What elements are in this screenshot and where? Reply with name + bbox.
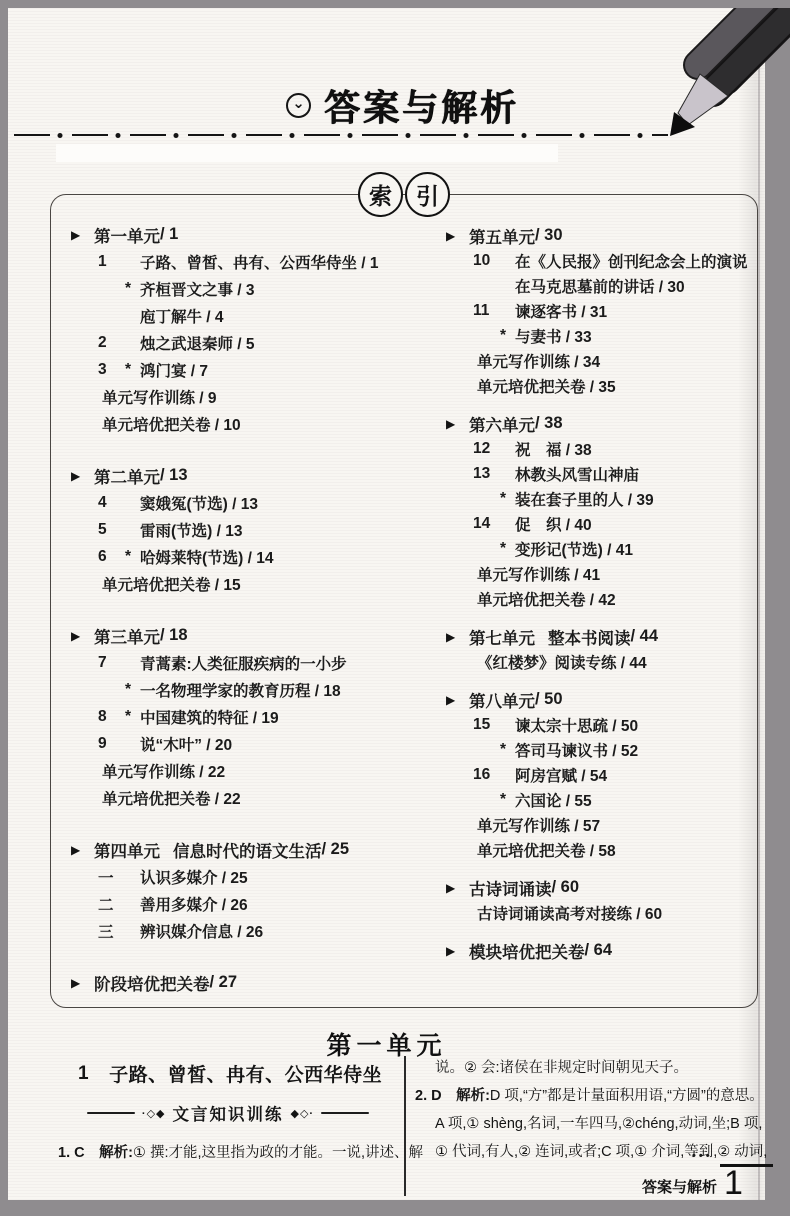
toc-section-header: ▶第二单元 / 13	[71, 462, 401, 489]
star-mark: *	[500, 540, 515, 558]
lesson-number: 10	[473, 252, 500, 270]
triangle-marker-icon: ▶	[71, 843, 94, 857]
triangle-marker-icon: ▶	[446, 417, 469, 431]
entry-title: 林教头风雪山神庙	[515, 463, 639, 485]
toc-section-page: / 44	[631, 627, 659, 646]
entry-title: 子路、曾皙、冉有、公西华侍坐 / 1	[140, 251, 379, 273]
toc-section-title: 第六单元	[469, 412, 535, 436]
toc-section-title: 模块培优把关卷	[469, 939, 585, 963]
page-title: 答案与解析	[324, 80, 519, 131]
entry-title: 一名物理学家的教育历程 / 18	[140, 679, 341, 701]
toc-entry: 三辨识媒介信息 / 26	[71, 917, 401, 944]
photo-background: { "page": { "title": "答案与解析", "title_ico…	[0, 0, 790, 1216]
banner-text: 文言知识训练	[173, 1101, 284, 1125]
entry-title: 变形记(节选) / 41	[515, 538, 633, 560]
toc-entry: *与妻书 / 33	[446, 323, 752, 348]
toc-section-page: / 1	[160, 225, 178, 244]
star-mark: *	[125, 708, 140, 726]
toc-section-page: / 64	[585, 941, 613, 960]
entry-title: 单元写作训练 / 9	[102, 386, 217, 408]
toc-entry: 单元培优把关卷 / 42	[446, 586, 752, 611]
entry-title: 单元培优把关卷 / 22	[102, 787, 241, 809]
toc-section: ▶模块培优把关卷 / 64	[446, 938, 752, 963]
toc-section-title: 第四单元	[94, 838, 160, 862]
column-divider	[404, 1056, 406, 1196]
star-mark: *	[125, 280, 140, 298]
toc-entry: 单元写作训练 / 9	[71, 383, 401, 410]
toc-section-title: 第二单元	[94, 464, 160, 488]
toc-section: ▶第一单元 / 11子路、曾皙、冉有、公西华侍坐 / 1*齐桓晋文之事 / 3庖…	[71, 221, 401, 437]
entry-title: 单元写作训练 / 57	[477, 814, 600, 836]
toc-section: ▶第二单元 / 134窦娥冤(节选) / 135雷雨(节选) / 136*哈姆莱…	[71, 462, 401, 597]
toc-entry: *一名物理学家的教育历程 / 18	[71, 676, 401, 703]
entry-title: 辨识媒介信息 / 26	[140, 920, 263, 942]
entry-title: 祝 福 / 38	[515, 438, 592, 460]
toc-entry: *齐桓晋文之事 / 3	[71, 275, 401, 302]
toc-entry: 单元写作训练 / 57	[446, 812, 752, 837]
pencil-icon	[628, 8, 790, 148]
entry-title: 在《人民报》创刊纪念会上的演说	[515, 250, 748, 272]
entry-title: 庖丁解牛 / 4	[140, 305, 224, 327]
toc-entry: 13林教头风雪山神庙	[446, 461, 752, 486]
answer-line: 1. C 解析:① 撰:才能,这里指为政的才能。一说,讲述、解	[58, 1139, 398, 1167]
toc-entry: 一认识多媒介 / 25	[71, 863, 401, 890]
lesson-title: 子路、曾皙、冉有、公西华侍坐	[109, 1060, 382, 1087]
toc-section-subtitle: 信息时代的语文生活	[173, 838, 322, 862]
toc-section-page: / 38	[535, 414, 563, 433]
chevron-down-circle-icon: ⌄	[286, 93, 311, 118]
toc-section-page: / 18	[160, 626, 188, 645]
toc-entry: 9说“木叶” / 20	[71, 730, 401, 757]
toc-entry: *变形记(节选) / 41	[446, 536, 752, 561]
entry-title: 促 织 / 40	[515, 513, 592, 535]
triangle-marker-icon: ▶	[446, 881, 469, 895]
lesson-heading: 1 子路、曾皙、冉有、公西华侍坐	[58, 1060, 398, 1087]
toc-section-page: / 25	[322, 840, 350, 859]
toc-entry: *装在套子里的人 / 39	[446, 486, 752, 511]
lesson-number: 5	[98, 521, 125, 539]
toc-section: ▶第三单元 / 187青蒿素:人类征服疾病的一小步*一名物理学家的教育历程 / …	[71, 622, 401, 811]
answer-line: 2. D 解析:D 项,“方”都是计量面积用语,“方圆”的意思。	[415, 1082, 763, 1110]
toc-section-header: ▶模块培优把关卷 / 64	[446, 938, 752, 963]
toc-section: ▶第八单元 / 5015谏太宗十思疏 / 50*答司马谏议书 / 5216阿房宫…	[446, 687, 752, 862]
toc-entry: 单元培优把关卷 / 35	[446, 373, 752, 398]
lesson-number: 12	[473, 440, 500, 458]
banner-ornament: ◆◇·	[291, 1107, 315, 1120]
toc-section: ▶阶段培优把关卷 / 27	[71, 969, 401, 996]
toc-entry: 11谏逐客书 / 31	[446, 298, 752, 323]
entry-title: 谏太宗十思疏 / 50	[515, 714, 638, 736]
toc-section: ▶第七单元整本书阅读 / 44《红楼梦》阅读专练 / 44	[446, 624, 752, 674]
footer-page-number: 1	[724, 1166, 743, 1200]
answer-line: A 项,① shèng,名词,一车四马,②chéng,动词,坐;B 项,	[415, 1110, 763, 1138]
answer-text-left: 1. C 解析:① 撰:才能,这里指为政的才能。一说,讲述、解	[58, 1139, 398, 1167]
knowledge-banner: ·◇◆ 文言知识训练 ◆◇·	[58, 1101, 398, 1125]
toc-section-header: ▶第五单元 / 30	[446, 223, 752, 248]
toc-entry: 16阿房宫赋 / 54	[446, 762, 752, 787]
toc-entry: 10在《人民报》创刊纪念会上的演说	[446, 248, 752, 273]
toc-section-page: / 60	[552, 878, 580, 897]
toc-section-header: ▶第八单元 / 50	[446, 687, 752, 712]
toc-column-right: ▶第五单元 / 3010在《人民报》创刊纪念会上的演说在马克思墓前的讲话 / 3…	[446, 223, 752, 976]
toc-entry: 单元培优把关卷 / 22	[71, 784, 401, 811]
lesson-number: 9	[98, 735, 125, 753]
toc-section-header: ▶第七单元整本书阅读 / 44	[446, 624, 752, 649]
toc-entry: 二善用多媒介 / 26	[71, 890, 401, 917]
toc-entry: 《红楼梦》阅读专练 / 44	[446, 649, 752, 674]
entry-title: 单元培优把关卷 / 15	[102, 573, 241, 595]
toc-section: ▶第六单元 / 3812祝 福 / 3813林教头风雪山神庙*装在套子里的人 /…	[446, 411, 752, 611]
entry-title: 鸿门宴 / 7	[140, 359, 208, 381]
toc-entry: 4窦娥冤(节选) / 13	[71, 489, 401, 516]
lesson-number: 3	[98, 361, 125, 379]
lesson-number: 一	[98, 866, 125, 888]
toc-section-title: 第一单元	[94, 223, 160, 247]
toc-section-header: ▶第三单元 / 18	[71, 622, 401, 649]
triangle-marker-icon: ▶	[446, 229, 469, 243]
lesson-number: 7	[98, 654, 125, 672]
toc-entry: 8*中国建筑的特征 / 19	[71, 703, 401, 730]
toc-section: ▶古诗词诵读 / 60古诗词诵读高考对接练 / 60	[446, 875, 752, 925]
toc-section-page: / 13	[160, 466, 188, 485]
entry-title: 答司马谏议书 / 52	[515, 739, 638, 761]
toc-entry: 3*鸿门宴 / 7	[71, 356, 401, 383]
toc-section-title: 第五单元	[469, 224, 535, 248]
footer-dots: •••	[692, 1150, 713, 1162]
entry-title: 烛之武退秦师 / 5	[140, 332, 255, 354]
toc-entry: 单元培优把关卷 / 10	[71, 410, 401, 437]
entry-title: 单元写作训练 / 34	[477, 350, 600, 372]
toc-entry: *六国论 / 55	[446, 787, 752, 812]
toc-section-header: ▶第六单元 / 38	[446, 411, 752, 436]
entry-title: 古诗词诵读高考对接练 / 60	[477, 902, 662, 924]
triangle-marker-icon: ▶	[71, 629, 94, 643]
lesson-number: 6	[98, 548, 125, 566]
lesson-number: 13	[473, 465, 500, 483]
star-mark: *	[125, 681, 140, 699]
toc-entry: 2烛之武退秦师 / 5	[71, 329, 401, 356]
toc-section-title: 第七单元	[469, 625, 535, 649]
lesson-number: 15	[473, 716, 500, 734]
banner-ornament: ·◇◆	[142, 1107, 166, 1120]
triangle-marker-icon: ▶	[71, 469, 94, 483]
toc-entry: 单元写作训练 / 41	[446, 561, 752, 586]
index-box: ▶第一单元 / 11子路、曾皙、冉有、公西华侍坐 / 1*齐桓晋文之事 / 3庖…	[50, 194, 758, 1008]
book-page: ⌄ 答案与解析 索 引 ▶第一单元 / 11子路、曾皙、冉有、公西华侍坐 / 1…	[8, 8, 765, 1200]
banner-line	[321, 1112, 369, 1114]
lesson-number: 14	[473, 515, 500, 533]
toc-entry: *答司马谏议书 / 52	[446, 737, 752, 762]
toc-entry: 7青蒿素:人类征服疾病的一小步	[71, 649, 401, 676]
entry-title: 说“木叶” / 20	[140, 733, 232, 755]
entry-title: 齐桓晋文之事 / 3	[140, 278, 255, 300]
toc-entry: 在马克思墓前的讲话 / 30	[446, 273, 752, 298]
toc-entry: 单元写作训练 / 22	[71, 757, 401, 784]
lesson-number: 二	[98, 893, 125, 915]
lesson-number: 16	[473, 766, 500, 784]
entry-title: 善用多媒介 / 26	[140, 893, 248, 915]
answer-line: 说。② 会:诸侯在非规定时间朝见天子。	[415, 1054, 763, 1082]
toc-entry: 古诗词诵读高考对接练 / 60	[446, 900, 752, 925]
triangle-marker-icon: ▶	[446, 630, 469, 644]
triangle-marker-icon: ▶	[71, 228, 94, 242]
lesson-number: 4	[98, 494, 125, 512]
toc-section-title: 阶段培优把关卷	[94, 971, 210, 995]
entry-title: 《红楼梦》阅读专练 / 44	[477, 651, 647, 673]
entry-title: 阿房宫赋 / 54	[515, 764, 607, 786]
toc-entry: 12祝 福 / 38	[446, 436, 752, 461]
lesson-number: 11	[473, 302, 500, 320]
index-label-char: 索	[358, 172, 403, 217]
toc-section-header: ▶古诗词诵读 / 60	[446, 875, 752, 900]
banner-line	[87, 1112, 135, 1114]
star-mark: *	[125, 361, 140, 379]
toc-section-title: 第三单元	[94, 624, 160, 648]
answer-column-left: 1 子路、曾皙、冉有、公西华侍坐 ·◇◆ 文言知识训练 ◆◇· 1. C 解析:…	[58, 1060, 398, 1167]
entry-title: 雷雨(节选) / 13	[140, 519, 242, 541]
toc-entry: 5雷雨(节选) / 13	[71, 516, 401, 543]
toc-entry: 单元写作训练 / 34	[446, 348, 752, 373]
lesson-number: 8	[98, 708, 125, 726]
entry-title: 单元写作训练 / 22	[102, 760, 225, 782]
toc-entry: 1子路、曾皙、冉有、公西华侍坐 / 1	[71, 248, 401, 275]
lesson-number: 三	[98, 920, 125, 942]
toc-section-subtitle: 整本书阅读	[548, 625, 631, 649]
entry-title: 与妻书 / 33	[515, 325, 592, 347]
star-mark: *	[125, 548, 140, 566]
toc-section-title: 第八单元	[469, 688, 535, 712]
entry-title: 青蒿素:人类征服疾病的一小步	[140, 652, 347, 674]
toc-entry: 单元培优把关卷 / 15	[71, 570, 401, 597]
star-mark: *	[500, 741, 515, 759]
toc-section-page: / 30	[535, 226, 563, 245]
entry-title: 哈姆莱特(节选) / 14	[140, 546, 273, 568]
dashed-divider	[14, 132, 668, 139]
star-mark: *	[500, 327, 515, 345]
entry-title: 窦娥冤(节选) / 13	[140, 492, 258, 514]
entry-title: 单元培优把关卷 / 10	[102, 413, 241, 435]
toc-section-page: / 50	[535, 690, 563, 709]
entry-title: 谏逐客书 / 31	[515, 300, 607, 322]
index-label: 索 引	[358, 172, 450, 217]
page-header: ⌄ 答案与解析	[286, 80, 519, 131]
toc-section-header: ▶第四单元信息时代的语文生活 / 25	[71, 836, 401, 863]
entry-title: 六国论 / 55	[515, 789, 592, 811]
toc-section: ▶第四单元信息时代的语文生活 / 25一认识多媒介 / 25二善用多媒介 / 2…	[71, 836, 401, 944]
correction-strip	[56, 144, 558, 162]
triangle-marker-icon: ▶	[446, 693, 469, 707]
triangle-marker-icon: ▶	[71, 976, 94, 990]
entry-title: 单元培优把关卷 / 35	[477, 375, 616, 397]
toc-section-header: ▶阶段培优把关卷 / 27	[71, 969, 401, 996]
entry-title: 中国建筑的特征 / 19	[140, 706, 279, 728]
entry-title: 单元培优把关卷 / 42	[477, 588, 616, 610]
toc-entry: 庖丁解牛 / 4	[71, 302, 401, 329]
star-mark: *	[500, 490, 515, 508]
toc-section-header: ▶第一单元 / 1	[71, 221, 401, 248]
footer-label: 答案与解析	[642, 1176, 717, 1197]
lesson-number: 1	[78, 1063, 89, 1085]
lesson-number: 1	[98, 253, 125, 271]
toc-entry: 6*哈姆莱特(节选) / 14	[71, 543, 401, 570]
triangle-marker-icon: ▶	[446, 944, 469, 958]
toc-entry: 14促 织 / 40	[446, 511, 752, 536]
toc-entry: 单元培优把关卷 / 58	[446, 837, 752, 862]
toc-column-left: ▶第一单元 / 11子路、曾皙、冉有、公西华侍坐 / 1*齐桓晋文之事 / 3庖…	[71, 221, 401, 1021]
toc-entry: 15谏太宗十思疏 / 50	[446, 712, 752, 737]
entry-title: 在马克思墓前的讲话 / 30	[515, 275, 685, 297]
entry-title: 单元培优把关卷 / 58	[477, 839, 616, 861]
toc-section-page: / 27	[210, 973, 238, 992]
toc-section: ▶第五单元 / 3010在《人民报》创刊纪念会上的演说在马克思墓前的讲话 / 3…	[446, 223, 752, 398]
index-label-char: 引	[405, 172, 450, 217]
entry-title: 装在套子里的人 / 39	[515, 488, 654, 510]
entry-title: 单元写作训练 / 41	[477, 563, 600, 585]
toc-section-title: 古诗词诵读	[469, 876, 552, 900]
star-mark: *	[500, 791, 515, 809]
lesson-number: 2	[98, 334, 125, 352]
entry-title: 认识多媒介 / 25	[140, 866, 248, 888]
